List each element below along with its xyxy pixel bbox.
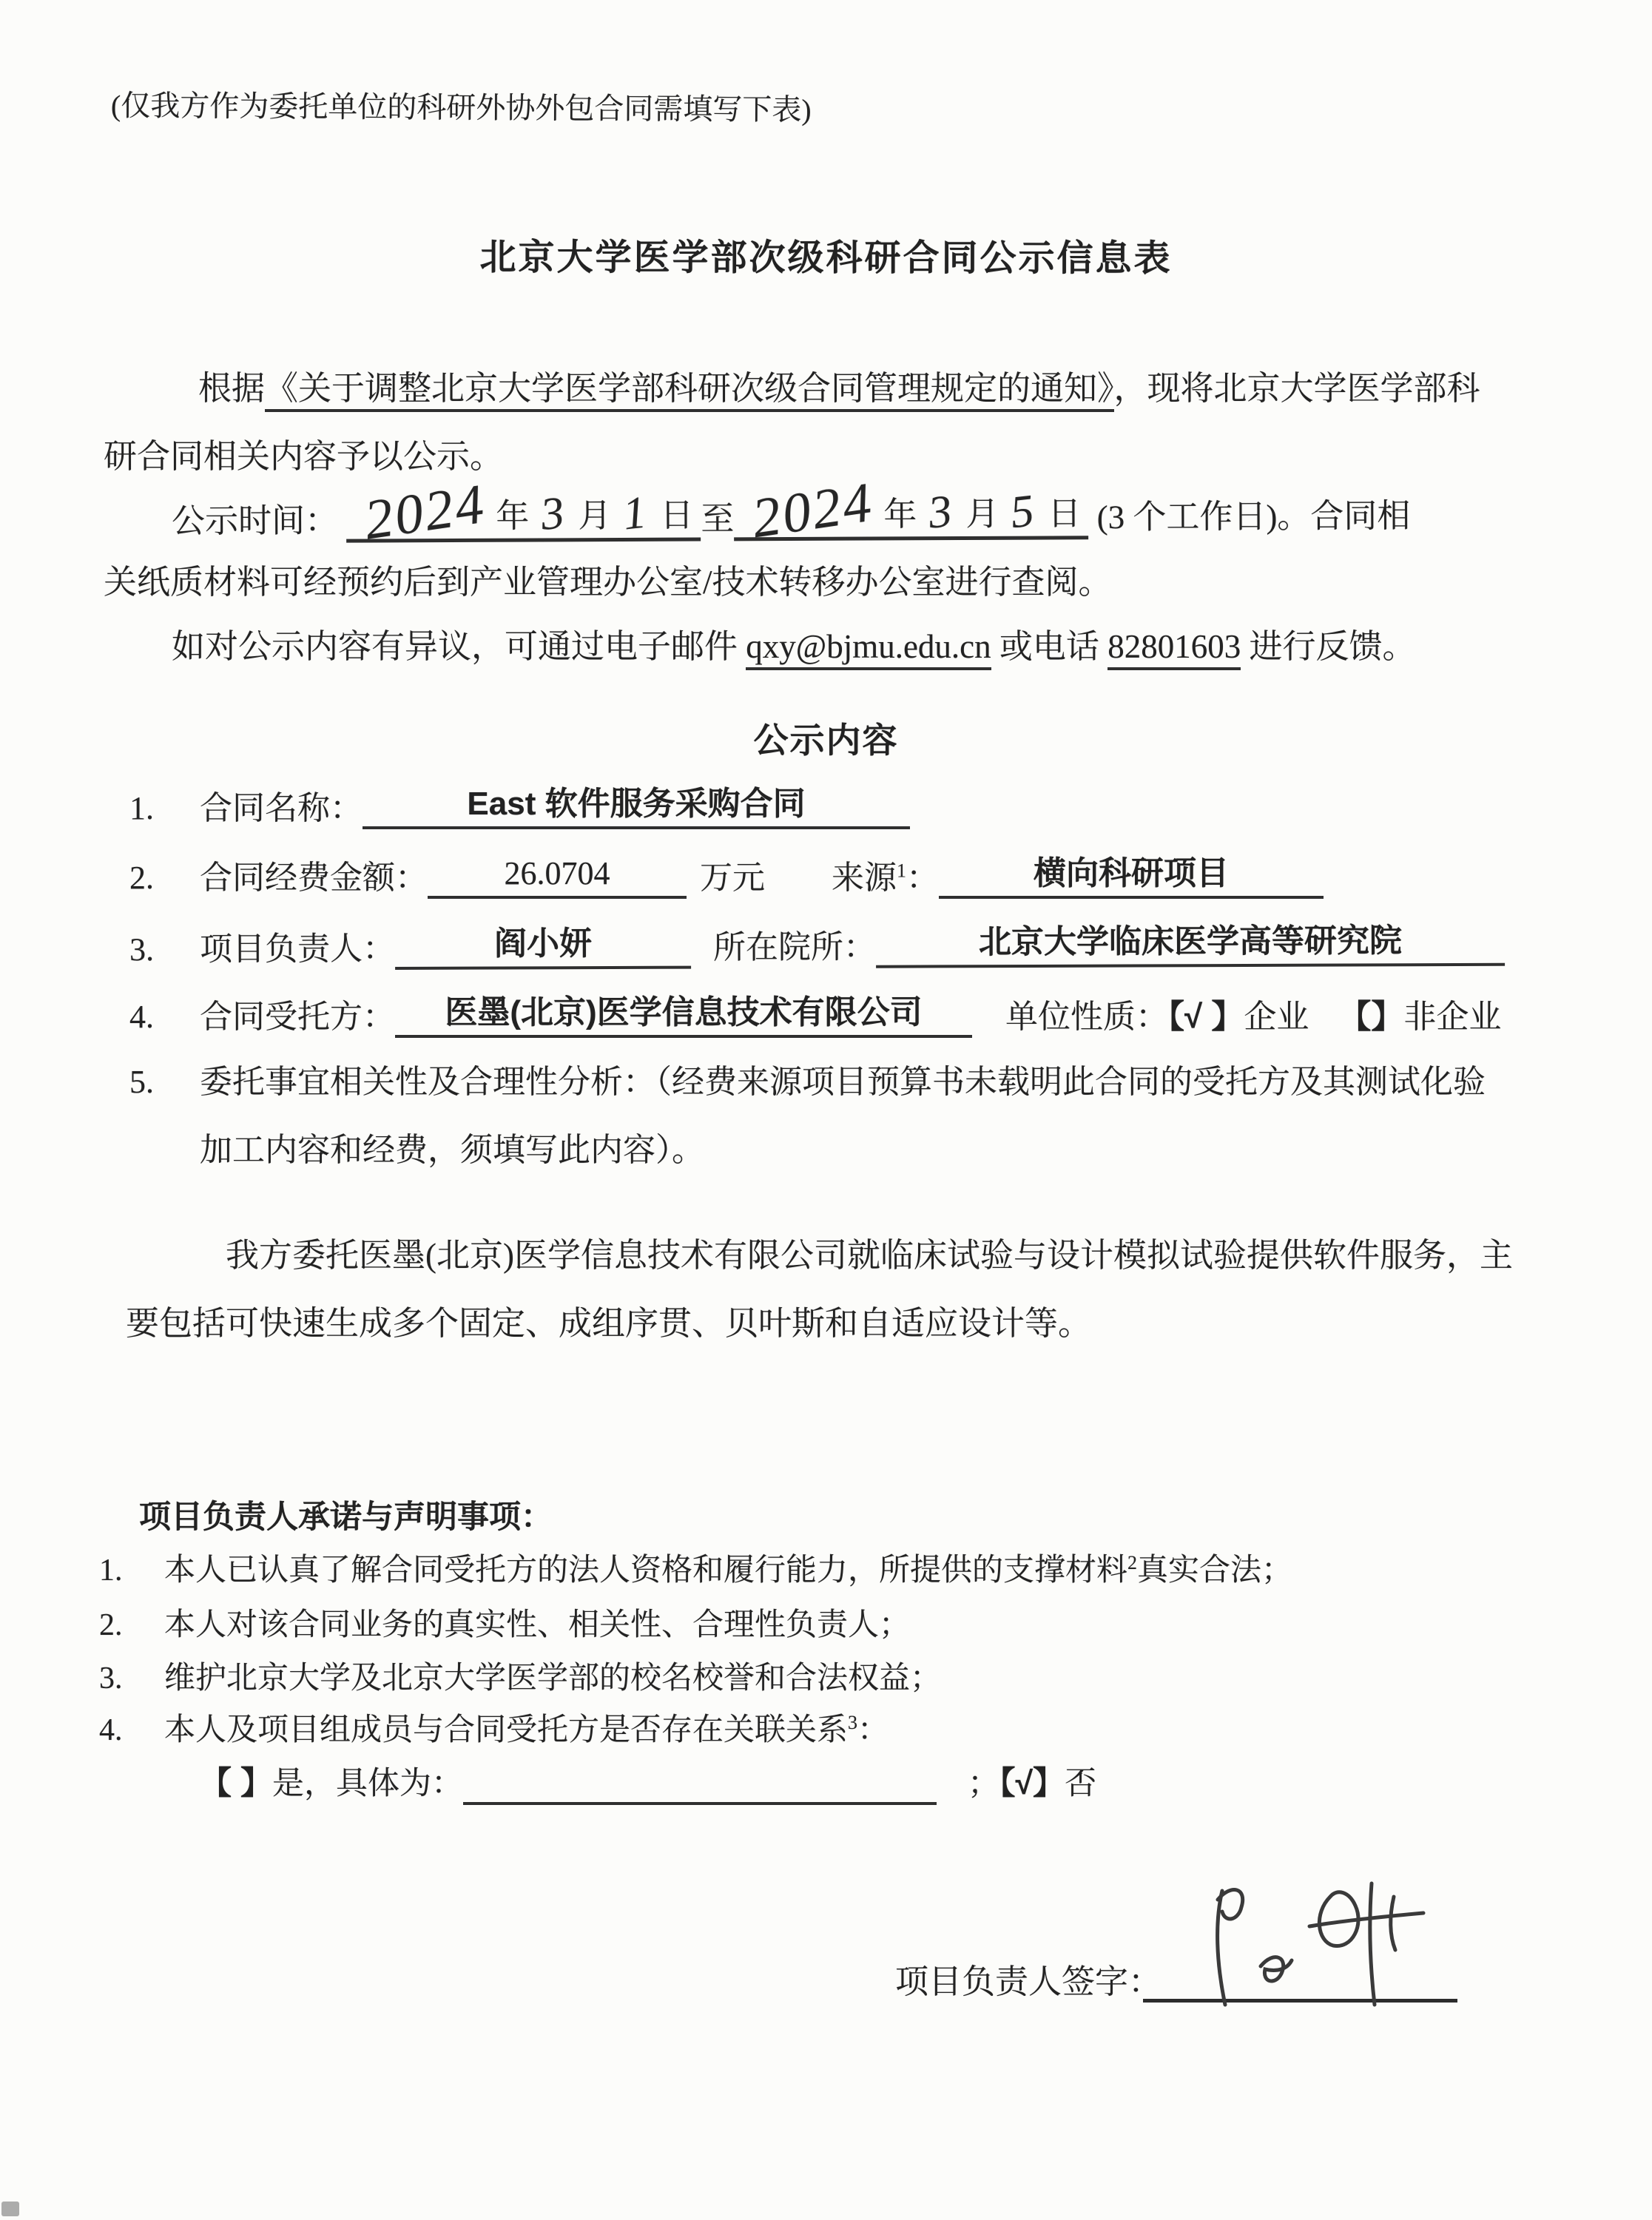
page-title: 北京大学医学部次级科研合同公示信息表 <box>0 234 1652 284</box>
publicity-time-tail: (3 个工作日)。合同相 <box>1097 497 1411 536</box>
intro-lead: 根据 <box>198 370 265 407</box>
commission-statement-line-1: 我方委托医墨(北京)医学信息技术有限公司就临床试验与设计模拟试验提供软件服务，主 <box>126 1234 1513 1278</box>
publicity-time-label: 公示时间： <box>172 502 338 540</box>
item-number: 3. <box>99 1659 164 1699</box>
handwritten-end-month: 3 <box>927 491 956 532</box>
feedback-mid: 或电话 <box>991 628 1108 665</box>
checkbox-enterprise-checked: 【√ 】 <box>1168 999 1244 1035</box>
unit-day-start: 日 <box>660 497 693 534</box>
unit-nature-label: 单位性质： <box>1005 999 1168 1035</box>
intro-line-1: 根据《关于调整北京大学医学部科研次级合同管理规定的通知》，现将北京大学医学部科 <box>124 367 1480 411</box>
yes-option-text: 是，具体为： <box>272 1767 463 1801</box>
department-label: 所在院所： <box>713 929 876 966</box>
funding-amount-blank: 26.0704 <box>428 852 687 899</box>
funding-label: 合同经费金额： <box>200 860 428 896</box>
item-number: 5. <box>129 1061 200 1103</box>
relation-choice-line: 【 】是，具体为：；【√】否 <box>200 1764 1096 1805</box>
contract-name-value: East 软件服务采购合同 <box>467 786 805 822</box>
declaration-heading: 项目负责人承诺与声明事项： <box>139 1497 553 1539</box>
footnote-ref-1: 1 <box>897 860 906 881</box>
relation-details-blank <box>463 1801 937 1805</box>
document-content: (仅我方作为委托单位的科研外协外包合同需填写下表) 北京大学医学部次级科研合同公… <box>0 0 1652 2220</box>
note-line: (仅我方作为委托单位的科研外协外包合同需填写下表) <box>111 87 812 129</box>
item-number: 2. <box>99 1605 164 1646</box>
declaration-text-3: 维护北京大学及北京大学医学部的校名校誉和合法权益； <box>164 1661 941 1696</box>
feedback-lead: 如对公示内容有异议，可通过电子邮件 <box>172 628 746 665</box>
publicity-materials-line: 关纸质材料可经预约后到产业管理办公室/技术转移办公室进行查阅。 <box>104 561 1112 604</box>
no-option-text: 否 <box>1065 1767 1096 1801</box>
pi-label: 项目负责人： <box>200 931 395 968</box>
declaration-text-4: 本人及项目组成员与合同受托方是否存在关联关系 <box>164 1713 848 1747</box>
declaration-text-2: 本人对该合同业务的真实性、相关性、合理性负责人； <box>164 1608 910 1642</box>
checkbox-no-checked: 【√】 <box>999 1766 1065 1801</box>
pi-name-value: 阎小妍 <box>494 925 592 962</box>
source-label: 来源 <box>832 860 897 896</box>
pi-row: 3.项目负责人：阎小妍所在院所：北京大学临床医学高等研究院 <box>129 920 1505 971</box>
publicity-time-line: 公示时间： 2024年3月1日至2024年3月5日 (3 个工作日)。合同相 <box>172 485 1411 543</box>
declaration-item-2: 2.本人对该合同业务的真实性、相关性、合理性负责人； <box>99 1605 910 1646</box>
footnote-ref-2: 2 <box>1127 1552 1137 1573</box>
trustee-label: 合同受托方： <box>200 999 395 1035</box>
regulation-title: 《关于调整北京大学医学部科研次级合同管理规定的通知》 <box>265 370 1114 412</box>
feedback-line: 如对公示内容有异议，可通过电子邮件 qxy@bjmu.edu.cn 或电话 82… <box>172 625 1415 669</box>
analysis-row-line-2: 加工内容和经费，须填写此内容）。 <box>200 1129 704 1171</box>
declaration-text-1: 本人已认真了解合同受托方的法人资格和履行能力，所提供的支撑材料 <box>164 1553 1127 1588</box>
analysis-row-line-1: 5.委托事宜相关性及合理性分析：（经费来源项目预算书未载明此合同的受托方及其测试… <box>129 1061 1486 1103</box>
handwritten-end-year: 2024 <box>750 482 876 538</box>
funding-row: 2.合同经费金额：26.0704万元来源1：横向科研项目 <box>129 852 1324 899</box>
handwritten-start-month: 3 <box>539 493 568 534</box>
item-number: 3. <box>129 928 200 971</box>
phone-text: 82801603 <box>1107 628 1241 670</box>
item-number: 1. <box>129 787 200 829</box>
date-blank-start: 2024年3月1日 <box>346 489 701 543</box>
enterprise-option-label: 企业 <box>1244 999 1309 1035</box>
trustee-blank: 医墨(北京)医学信息技术有限公司 <box>395 991 972 1038</box>
source-colon: ： <box>906 860 939 896</box>
declaration-tail-4: ： <box>857 1713 889 1747</box>
declaration-item-4: 4.本人及项目组成员与合同受托方是否存在关联关系3： <box>99 1710 889 1751</box>
relation-semicolon: ； <box>968 1767 999 1801</box>
pi-name-blank: 阎小妍 <box>395 922 691 971</box>
intro-line-2: 研合同相关内容予以公示。 <box>104 435 503 479</box>
handwritten-start-year: 2024 <box>363 485 488 540</box>
declaration-tail-1: 真实合法； <box>1137 1553 1292 1588</box>
checkbox-non-enterprise: 【】 <box>1338 999 1403 1035</box>
item-number: 4. <box>99 1710 164 1751</box>
scan-smudge <box>1 2202 19 2216</box>
trustee-row: 4.合同受托方：医墨(北京)医学信息技术有限公司单位性质：【√ 】企业【】非企业 <box>129 991 1501 1038</box>
public-content-heading: 公示内容 <box>0 718 1652 763</box>
commission-statement-line-2: 要包括可快速生成多个固定、成组序贯、贝叶斯和自适应设计等。 <box>126 1302 1091 1346</box>
declaration-item-1: 1.本人已认真了解合同受托方的法人资格和履行能力，所提供的支撑材料2真实合法； <box>99 1551 1292 1591</box>
checkbox-yes-empty: 【 】 <box>200 1766 272 1801</box>
non-enterprise-option-label: 非企业 <box>1403 999 1501 1035</box>
department-blank: 北京大学临床医学高等研究院 <box>876 920 1505 968</box>
intro-tail: ，现将北京大学医学部科 <box>1114 370 1480 407</box>
commission-statement-text-1: 我方委托医墨(北京)医学信息技术有限公司就临床试验与设计模拟试验提供软件服务，主 <box>226 1237 1513 1274</box>
department-value: 北京大学临床医学高等研究院 <box>979 922 1402 960</box>
email-text: qxy@bjmu.edu.cn <box>746 628 991 670</box>
feedback-tail: 进行反馈。 <box>1241 628 1415 665</box>
period-to: 至 <box>701 500 734 537</box>
footnote-ref-3: 3 <box>848 1712 857 1733</box>
contract-name-label: 合同名称： <box>200 790 363 826</box>
handwritten-end-day: 5 <box>1009 491 1038 532</box>
handwritten-start-day: 1 <box>621 493 650 533</box>
signature-label: 项目负责人签字： <box>895 1960 1162 2004</box>
unit-year-end: 年 <box>883 496 917 533</box>
declaration-item-3: 3.维护北京大学及北京大学医学部的校名校誉和合法权益； <box>99 1659 941 1699</box>
unit-month-end: 月 <box>965 496 999 533</box>
unit-year-start: 年 <box>496 498 529 535</box>
contract-name-row: 1.合同名称：East 软件服务采购合同 <box>129 783 910 829</box>
date-blank-end: 2024年3月5日 <box>734 487 1088 541</box>
unit-month-start: 月 <box>578 497 611 534</box>
item-number: 1. <box>99 1551 164 1591</box>
source-blank: 横向科研项目 <box>939 852 1324 899</box>
funding-unit: 万元 <box>700 860 765 896</box>
item-number: 4. <box>129 996 200 1038</box>
analysis-text-1: 委托事宜相关性及合理性分析：（经费来源项目预算书未载明此合同的受托方及其测试化验 <box>200 1064 1486 1100</box>
unit-day-end: 日 <box>1048 495 1081 532</box>
pi-signature-handwriting <box>1200 1877 1429 2009</box>
funding-amount-value: 26.0704 <box>505 855 610 891</box>
source-value: 横向科研项目 <box>1034 855 1229 891</box>
scanned-document-page: (仅我方作为委托单位的科研外协外包合同需填写下表) 北京大学医学部次级科研合同公… <box>0 0 1652 2220</box>
contract-name-blank: East 软件服务采购合同 <box>363 783 910 829</box>
trustee-value: 医墨(北京)医学信息技术有限公司 <box>445 994 922 1030</box>
item-number: 2. <box>129 857 200 899</box>
